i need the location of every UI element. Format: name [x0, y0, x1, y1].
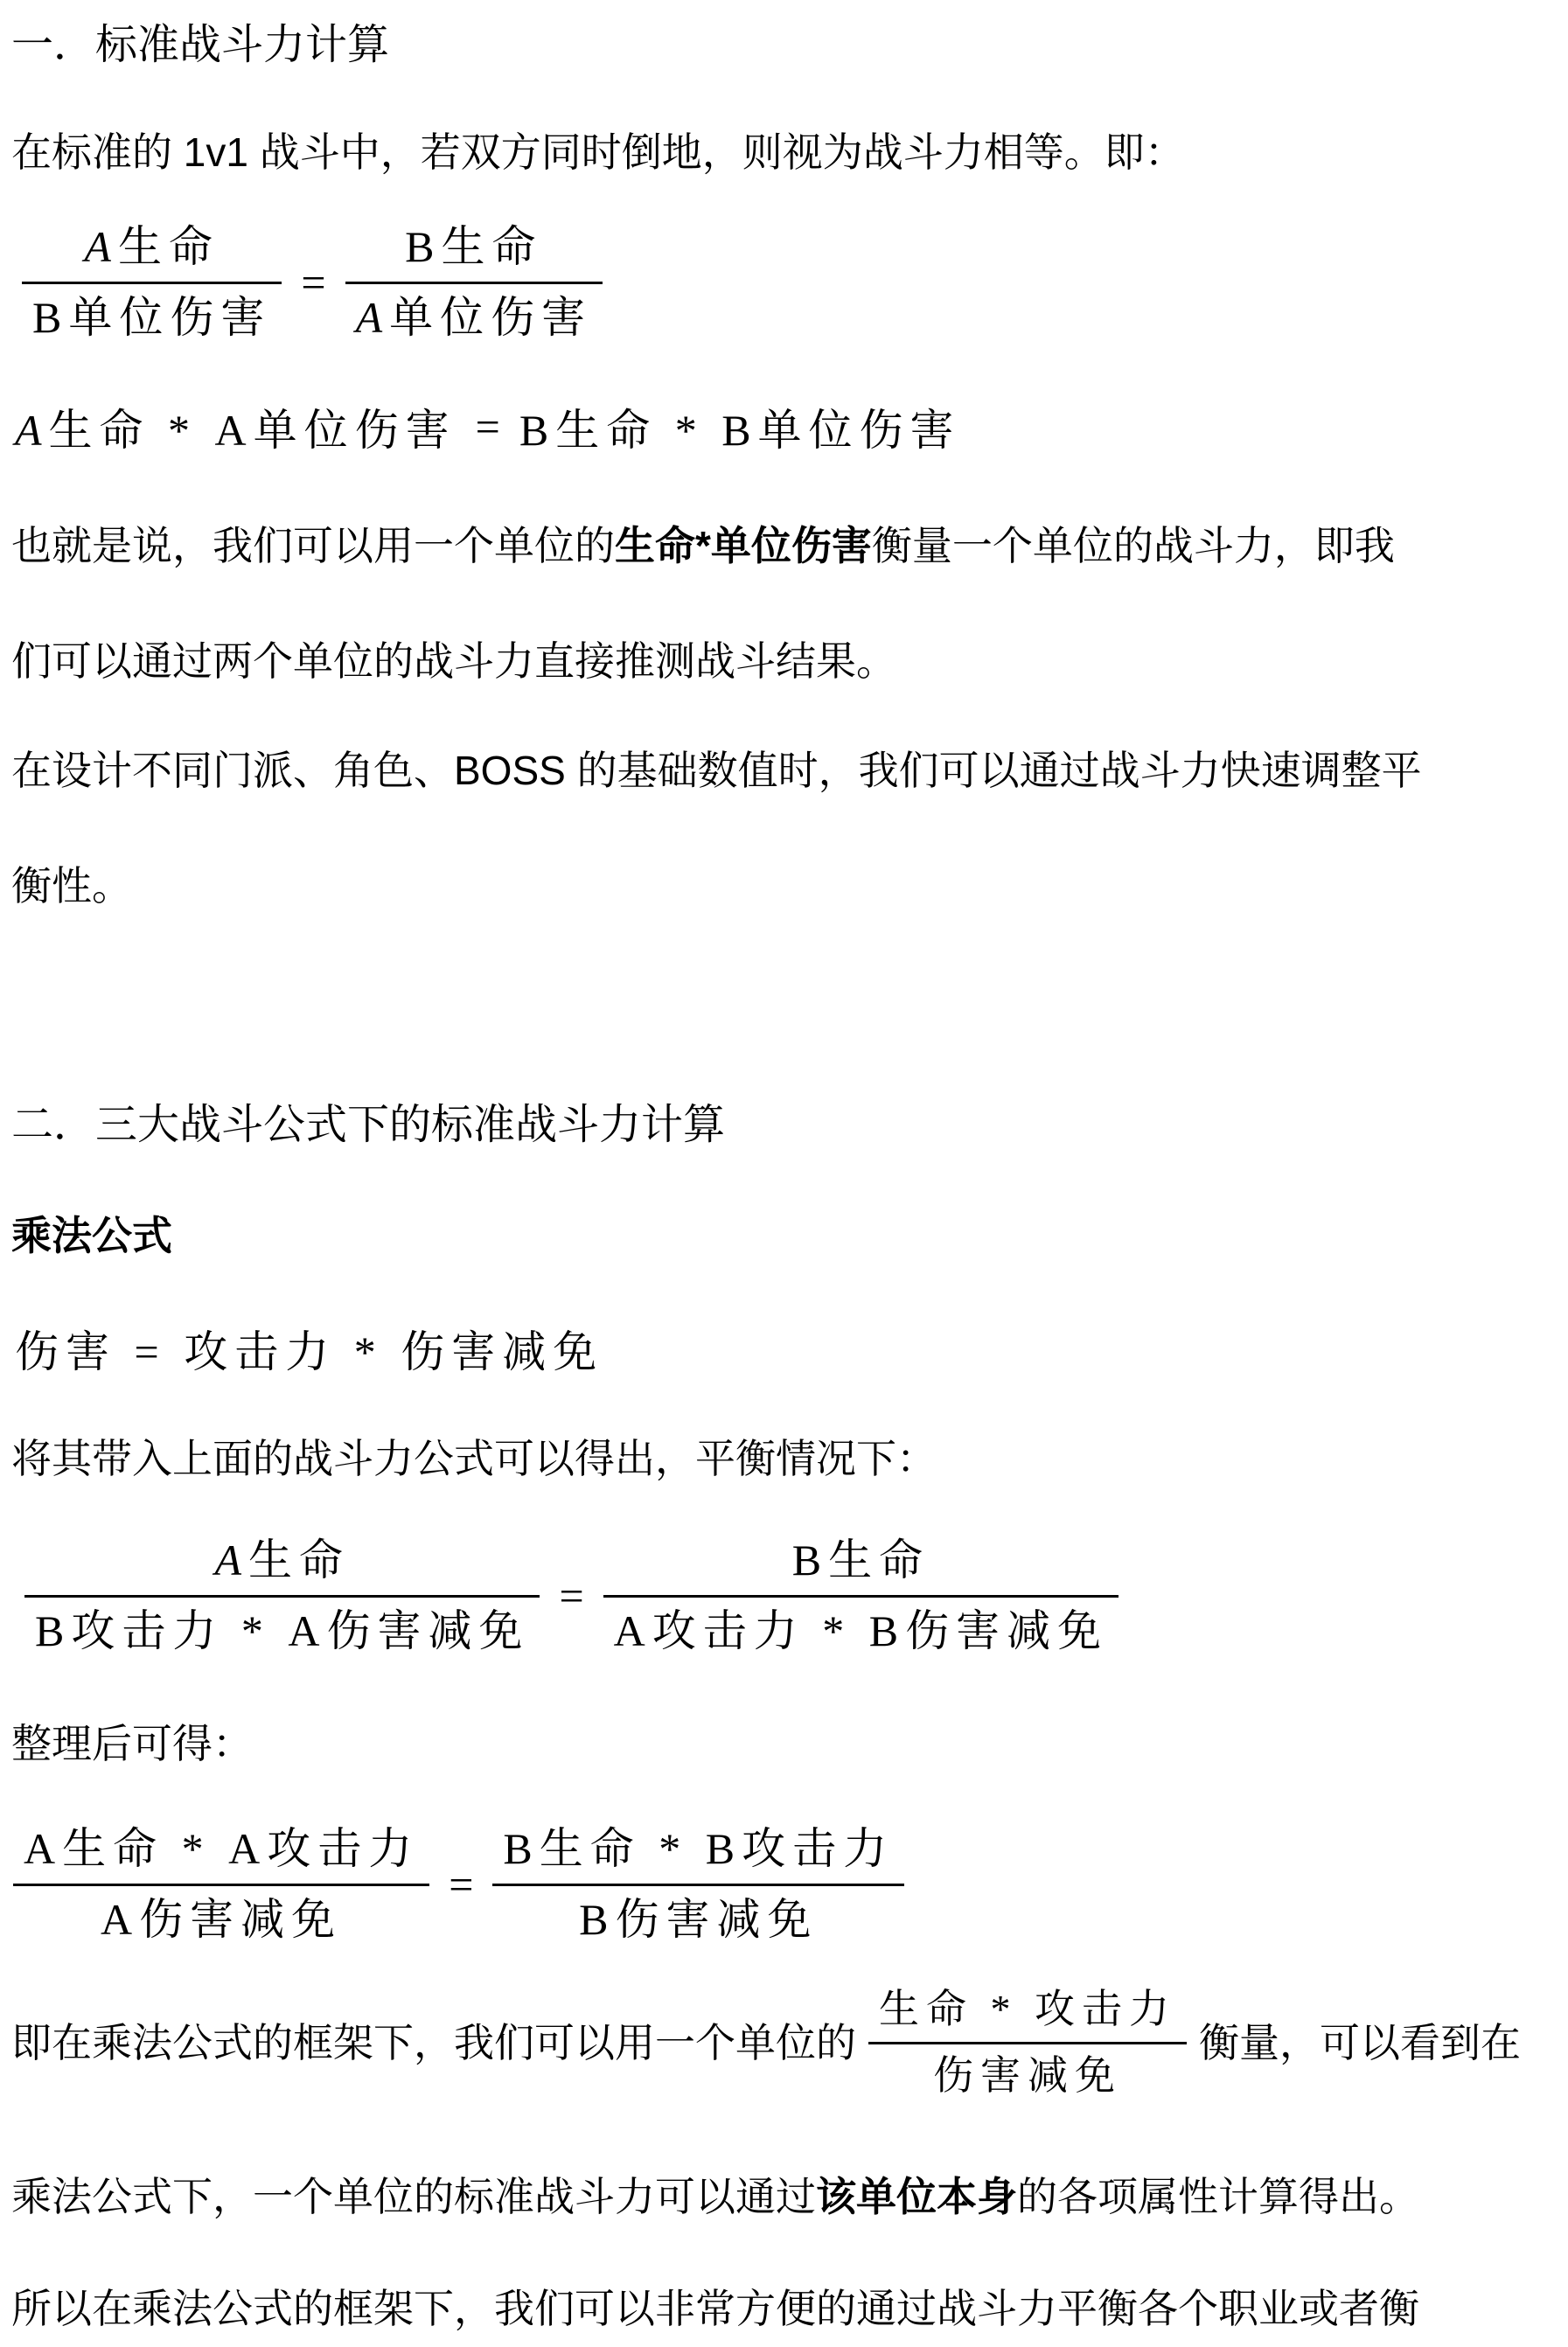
- fraction-numerator: 生命 * 攻击力: [868, 1987, 1187, 2042]
- text-segment: 的各项属性计算得出。: [1017, 2174, 1419, 2219]
- equals-sign: =: [559, 1570, 583, 1621]
- fraction-numerator: A生命: [22, 222, 282, 282]
- equals-sign: =: [476, 401, 500, 452]
- paragraph-rearranged: 整理后可得：: [11, 1719, 253, 1770]
- text-segment: 也就是说，我们可以用一个单位的: [11, 523, 615, 568]
- bold-text-segment: 该单位本身: [816, 2174, 1017, 2219]
- paragraph-substitute: 将其带入上面的战斗力公式可以得出，平衡情况下：: [11, 1434, 937, 1485]
- fraction-numerator: B生命: [345, 222, 603, 282]
- bold-text-segment: 生命*单位伤害: [615, 523, 872, 568]
- fraction-right: B生命 A单位伤害: [345, 222, 603, 343]
- fraction-left: A生命 B攻击力 * A伤害减免: [24, 1536, 540, 1656]
- fraction-right: B生命 A攻击力 * B伤害减免: [603, 1536, 1119, 1656]
- equals-sign: =: [449, 1859, 473, 1910]
- formula-cross-multiplied: A生命 * A单位伤害 = B生命 * B单位伤害: [15, 395, 961, 458]
- fraction-numerator: B生命 * B攻击力: [492, 1824, 904, 1884]
- text-segment: 即在乘法公式的框架下，我们可以用一个单位的: [11, 2018, 856, 2069]
- fraction-numerator: B生命: [603, 1536, 1119, 1595]
- document-page: 一．标准战斗力计算 在标准的 1v1 战斗中，若双方同时倒地，则视为战斗力相等。…: [0, 0, 1568, 2347]
- fraction-denominator: A伤害减免: [13, 1884, 429, 1946]
- fraction-right: B生命 * B攻击力 B伤害减免: [492, 1824, 904, 1945]
- fraction-left: A生命 * A攻击力 A伤害减免: [13, 1824, 429, 1945]
- fraction-denominator: A单位伤害: [345, 282, 603, 344]
- section2-heading: 二．三大战斗公式下的标准战斗力计算: [11, 1090, 725, 1151]
- fraction-denominator: A攻击力 * B伤害减免: [603, 1595, 1119, 1657]
- formula-damage-definition: 伤害 = 攻击力 * 伤害减免: [15, 1317, 603, 1380]
- formula-rearranged-result: A生命 * A攻击力 A伤害减免 = B生命 * B攻击力 B伤害减免: [13, 1824, 904, 1945]
- formula-balance-expanded: A生命 B攻击力 * A伤害减免 = B生命 A攻击力 * B伤害减免: [24, 1536, 1119, 1656]
- text-segment: 衡量一个单位的战斗力，即我: [872, 523, 1395, 568]
- inline-fraction: 生命 * 攻击力 伤害减免: [868, 1987, 1187, 2100]
- paragraph-design-line2: 衡性。: [11, 861, 132, 912]
- paragraph-multiplication-conclusion: 乘法公式下，一个单位的标准战斗力可以通过该单位本身的各项属性计算得出。: [11, 2172, 1419, 2223]
- fraction-denominator: B攻击力 * A伤害减免: [24, 1595, 540, 1657]
- formula-combat-power-equality: A生命 B单位伤害 = B生命 A单位伤害: [22, 222, 603, 343]
- paragraph-conclusion-line2: 们可以通过两个单位的战斗力直接推测战斗结果。: [11, 637, 896, 687]
- equals-sign: =: [301, 257, 325, 308]
- multiplication-formula-subheading: 乘法公式: [11, 1204, 172, 1262]
- paragraph-1v1-intro: 在标准的 1v1 战斗中，若双方同时倒地，则视为战斗力相等。即：: [11, 128, 1185, 178]
- text-segment: 衡量，可以看到在: [1199, 2018, 1521, 2069]
- fraction-denominator: B伤害减免: [492, 1884, 904, 1946]
- fraction-numerator: A生命 * A攻击力: [13, 1824, 429, 1884]
- formula-left-side: A生命 * A单位伤害: [15, 395, 456, 458]
- fraction-numerator: A生命: [24, 1536, 540, 1595]
- formula-right-side: B生命 * B单位伤害: [519, 395, 961, 458]
- text-segment: 乘法公式下，一个单位的标准战斗力可以通过: [11, 2174, 816, 2219]
- fraction-denominator: B单位伤害: [22, 282, 282, 344]
- paragraph-conclusion-line1: 也就是说，我们可以用一个单位的生命*单位伤害衡量一个单位的战斗力，即我: [11, 521, 1395, 572]
- paragraph-design-line1: 在设计不同门派、角色、BOSS 的基础数值时，我们可以通过战斗力快速调整平: [11, 746, 1422, 797]
- section1-heading: 一．标准战斗力计算: [11, 10, 389, 71]
- paragraph-final-line: 所以在乘法公式的框架下，我们可以非常方便的通过战斗力平衡各个职业或者衡: [11, 2284, 1419, 2335]
- fraction-left: A生命 B单位伤害: [22, 222, 282, 343]
- fraction-denominator: 伤害减免: [868, 2042, 1187, 2100]
- paragraph-inline-fraction: 即在乘法公式的框架下，我们可以用一个单位的 生命 * 攻击力 伤害减免 衡量，可…: [11, 1987, 1521, 2100]
